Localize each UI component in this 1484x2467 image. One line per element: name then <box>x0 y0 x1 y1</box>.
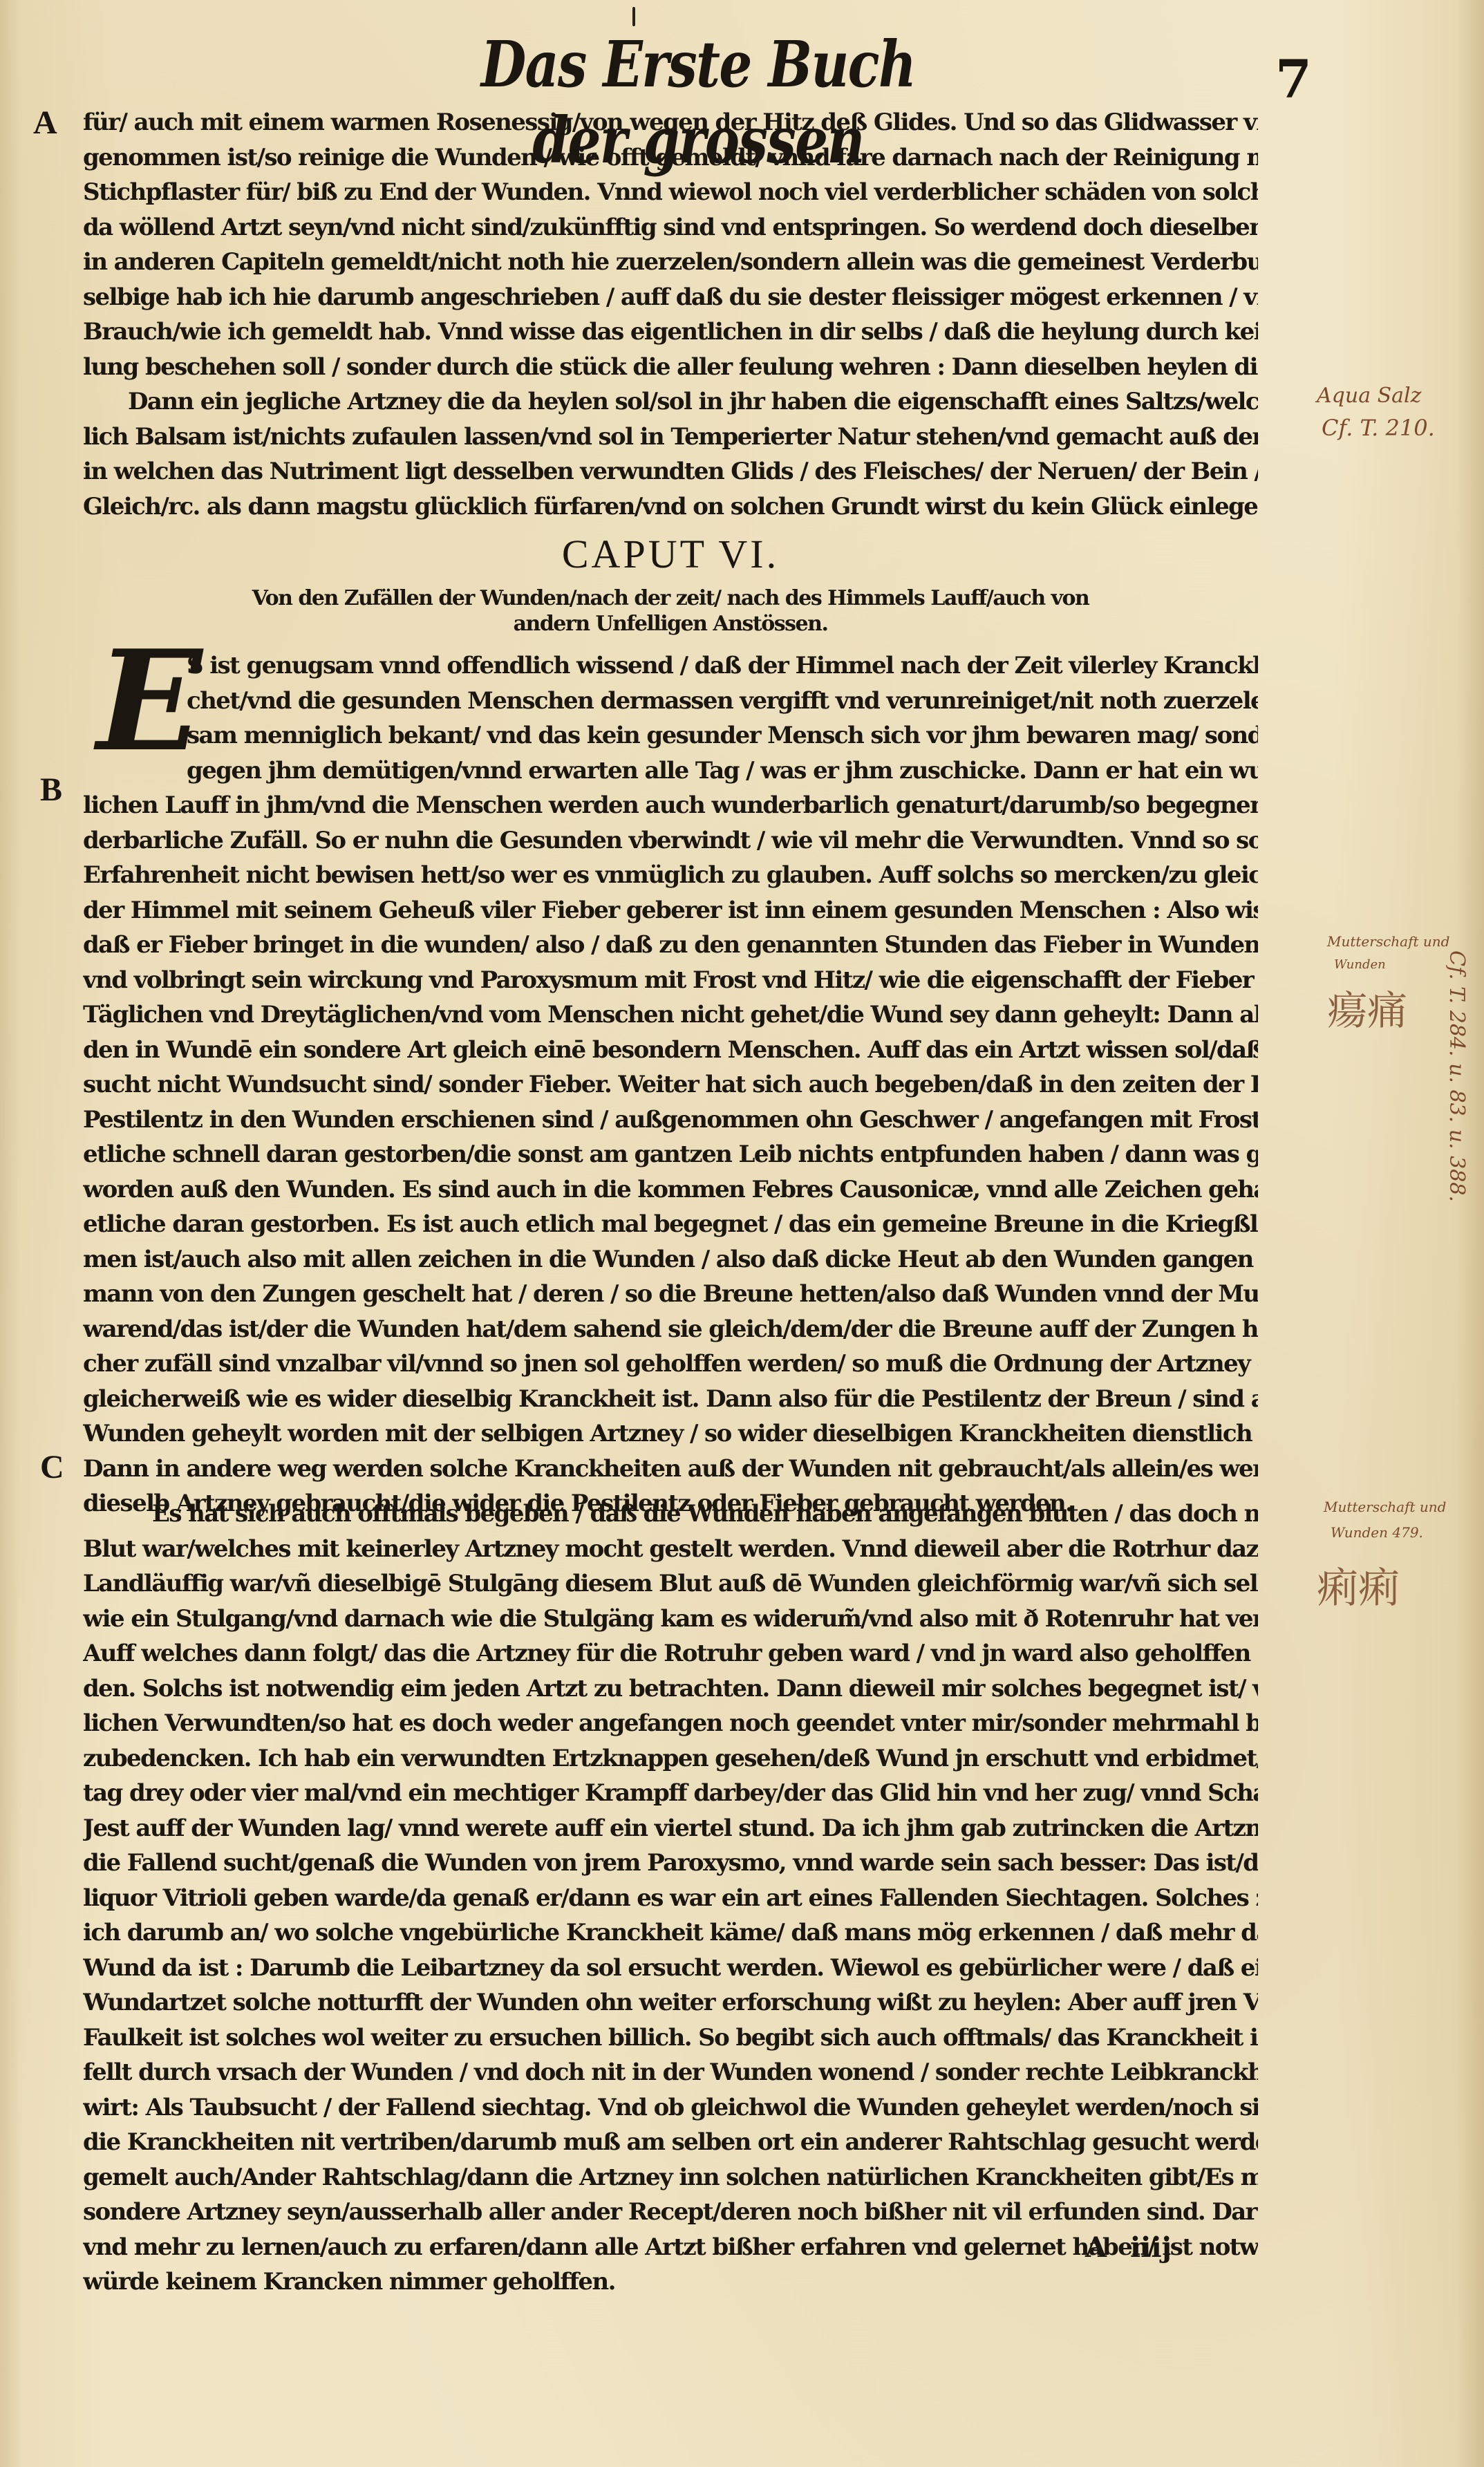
page-number: 7 <box>1275 48 1312 110</box>
text-line: men ist/auch also mit allen zeichen in d… <box>83 1242 1258 1277</box>
text-line: Wund da ist : Darumb die Leibartzney da … <box>83 1951 1258 1986</box>
signature-mark: A iiij <box>1085 2231 1172 2264</box>
text-line: etliche schnell daran gestorben/die sons… <box>83 1137 1258 1172</box>
text-line: daß er Fieber bringet in die wunden/ als… <box>83 928 1258 963</box>
text-line: sucht nicht Wundsucht sind/ sonder Fiebe… <box>83 1067 1258 1103</box>
text-line: die Fallend sucht/genaß die Wunden von j… <box>83 1846 1258 1881</box>
text-line: mann von den Zungen geschelt hat / deren… <box>83 1277 1258 1312</box>
text-line: Jest auff der Wunden lag/ vnnd werete au… <box>83 1811 1258 1846</box>
text-line: den. Solchs ist notwendig eim jeden Artz… <box>83 1671 1258 1707</box>
text-line: in welchen das Nutriment ligt desselben … <box>83 454 1258 489</box>
text-line: würde keinem Krancken nimmer geholffen. <box>83 2264 1258 2300</box>
paragraph-section-three: Es hat sich auch offtmals begeben / daß … <box>83 1497 1258 2300</box>
paragraph-section-two: S ist genugsam vnnd offendlich wissend /… <box>83 648 1258 1521</box>
text-line: gemelt auch/Ander Rahtschlag/dann die Ar… <box>83 2160 1258 2195</box>
annotation-note-3-line-2: Wunden 479. <box>1331 1524 1423 1541</box>
text-line: Dann in andere weg werden solche Kranckh… <box>83 1452 1258 1487</box>
chapter-subtitle-line-1: Von den Zufällen der Wunden/nach der zei… <box>0 586 1341 610</box>
text-line: wirt: Als Taubsucht / der Fallend siecht… <box>83 2090 1258 2126</box>
text-line: lung beschehen soll / sonder durch die s… <box>83 350 1258 385</box>
text-line: in anderen Capiteln gemeldt/nicht noth h… <box>83 245 1258 280</box>
annotation-note-2-line-2: Wunden <box>1334 957 1386 972</box>
text-line: Erfahrenheit nicht bewisen hett/so wer e… <box>83 858 1258 893</box>
text-line: Wundartzet solche notturfft der Wunden o… <box>83 1985 1258 2020</box>
text-line: derbarliche Zufäll. So er nuhn die Gesun… <box>83 823 1258 859</box>
text-line: selbige hab ich hie darumb angeschrieben… <box>83 280 1258 315</box>
chapter-title: CAPUT VI. <box>0 531 1341 577</box>
annotation-note-3-cjk: 痢痢 <box>1317 1555 1400 1615</box>
text-line: lich Balsam ist/nichts zufaulen lassen/v… <box>83 420 1258 455</box>
text-line: ich darumb an/ wo solche vngebürliche Kr… <box>83 1915 1258 1951</box>
text-line: zubedencken. Ich hab ein verwundten Ertz… <box>83 1741 1258 1776</box>
text-line: tag drey oder vier mal/vnd ein mechtiger… <box>83 1776 1258 1811</box>
annotation-note-2-vertical: Cf. T. 284. u. 83. u. 388. <box>1445 950 1469 1202</box>
text-line: Gleich/rc. als dann magstu glücklich für… <box>83 489 1258 525</box>
text-line: S ist genugsam vnnd offendlich wissend /… <box>83 648 1258 684</box>
printer-mark <box>632 7 635 26</box>
paragraph-section-one: für/ auch mit einem warmen Rosenessig/vo… <box>83 105 1258 524</box>
text-line: warend/das ist/der die Wunden hat/dem sa… <box>83 1312 1258 1347</box>
text-line: fellt durch vrsach der Wunden / vnd doch… <box>83 2055 1258 2090</box>
margin-letter-b: B <box>40 771 62 809</box>
text-line: Dann ein jegliche Artzney die da heylen … <box>83 384 1258 420</box>
text-line: Es hat sich auch offtmals begeben / daß … <box>83 1497 1258 1532</box>
text-line: den in Wundē ein sondere Art gleich einē… <box>83 1033 1258 1068</box>
annotation-note-3-line-1: Mutterschaft und <box>1324 1499 1446 1515</box>
annotation-note-1-line-2: Cf. T. 210. <box>1322 415 1435 441</box>
text-line: sam menniglich bekant/ vnd das kein gesu… <box>83 718 1258 753</box>
page-edge-shadow-right <box>1456 0 1484 2467</box>
text-line: cher zufäll sind vnzalbar vil/vnnd so jn… <box>83 1347 1258 1382</box>
margin-letter-c: C <box>40 1448 64 1486</box>
text-line: Wunden geheylt worden mit der selbigen A… <box>83 1416 1258 1452</box>
text-line: Auff welches dann folgt/ das die Artzney… <box>83 1636 1258 1671</box>
text-line: Täglichen vnd Dreytäglichen/vnd vom Mens… <box>83 997 1258 1033</box>
text-line: Brauch/wie ich gemeldt hab. Vnnd wisse d… <box>83 315 1258 350</box>
text-line: Landläuffig war/vñ dieselbigē Stulgāng d… <box>83 1566 1258 1602</box>
text-line: gegen jhm demütigen/vnnd erwarten alle T… <box>83 753 1258 789</box>
text-line: gleicherweiß wie es wider dieselbig Kran… <box>83 1382 1258 1417</box>
text-line: Stichpflaster für/ biß zu End der Wunden… <box>83 175 1258 210</box>
text-line: Blut war/welches mit keinerley Artzney m… <box>83 1532 1258 1567</box>
text-line: vnd mehr zu lernen/auch zu erfaren/dann … <box>83 2230 1258 2265</box>
text-line: da wöllend Artzt seyn/vnd nicht sind/zuk… <box>83 210 1258 245</box>
text-line: Faulkeit ist solches wol weiter zu ersuc… <box>83 2020 1258 2056</box>
text-line: liquor Vitrioli geben warde/da genaß er/… <box>83 1881 1258 1916</box>
text-line: vnd volbringt sein wirckung vnd Paroxysm… <box>83 963 1258 998</box>
text-line: chet/vnd die gesunden Menschen dermassen… <box>83 684 1258 719</box>
page-edge-shadow-left <box>0 0 21 2467</box>
annotation-note-1-line-1: Aqua Salz <box>1317 384 1421 408</box>
text-line: genommen ist/so reinige die Wunden / wie… <box>83 140 1258 176</box>
margin-letter-a: A <box>33 104 57 142</box>
text-line: Pestilentz in den Wunden erschienen sind… <box>83 1103 1258 1138</box>
text-line: für/ auch mit einem warmen Rosenessig/vo… <box>83 105 1258 140</box>
text-line: die Kranckheiten nit vertriben/darumb mu… <box>83 2125 1258 2160</box>
text-line: der Himmel mit seinem Geheuß viler Fiebe… <box>83 893 1258 928</box>
text-line: wie ein Stulgang/vnd darnach wie die Stu… <box>83 1602 1258 1637</box>
text-line: sondere Artzney seyn/ausserhalb aller an… <box>83 2195 1258 2230</box>
text-line: etliche daran gestorben. Es ist auch etl… <box>83 1207 1258 1242</box>
annotation-note-2-cjk: 瘍痛 <box>1327 978 1407 1036</box>
book-page: Das Erste Buch der grossen 7 A B C für/ … <box>0 0 1484 2467</box>
text-line: lichen Lauff in jhm/vnd die Menschen wer… <box>83 788 1258 823</box>
annotation-note-2-line-1: Mutterschaft und <box>1327 933 1449 950</box>
text-line: lichen Verwundten/so hat es doch weder a… <box>83 1706 1258 1741</box>
text-line: worden auß den Wunden. Es sind auch in d… <box>83 1172 1258 1208</box>
